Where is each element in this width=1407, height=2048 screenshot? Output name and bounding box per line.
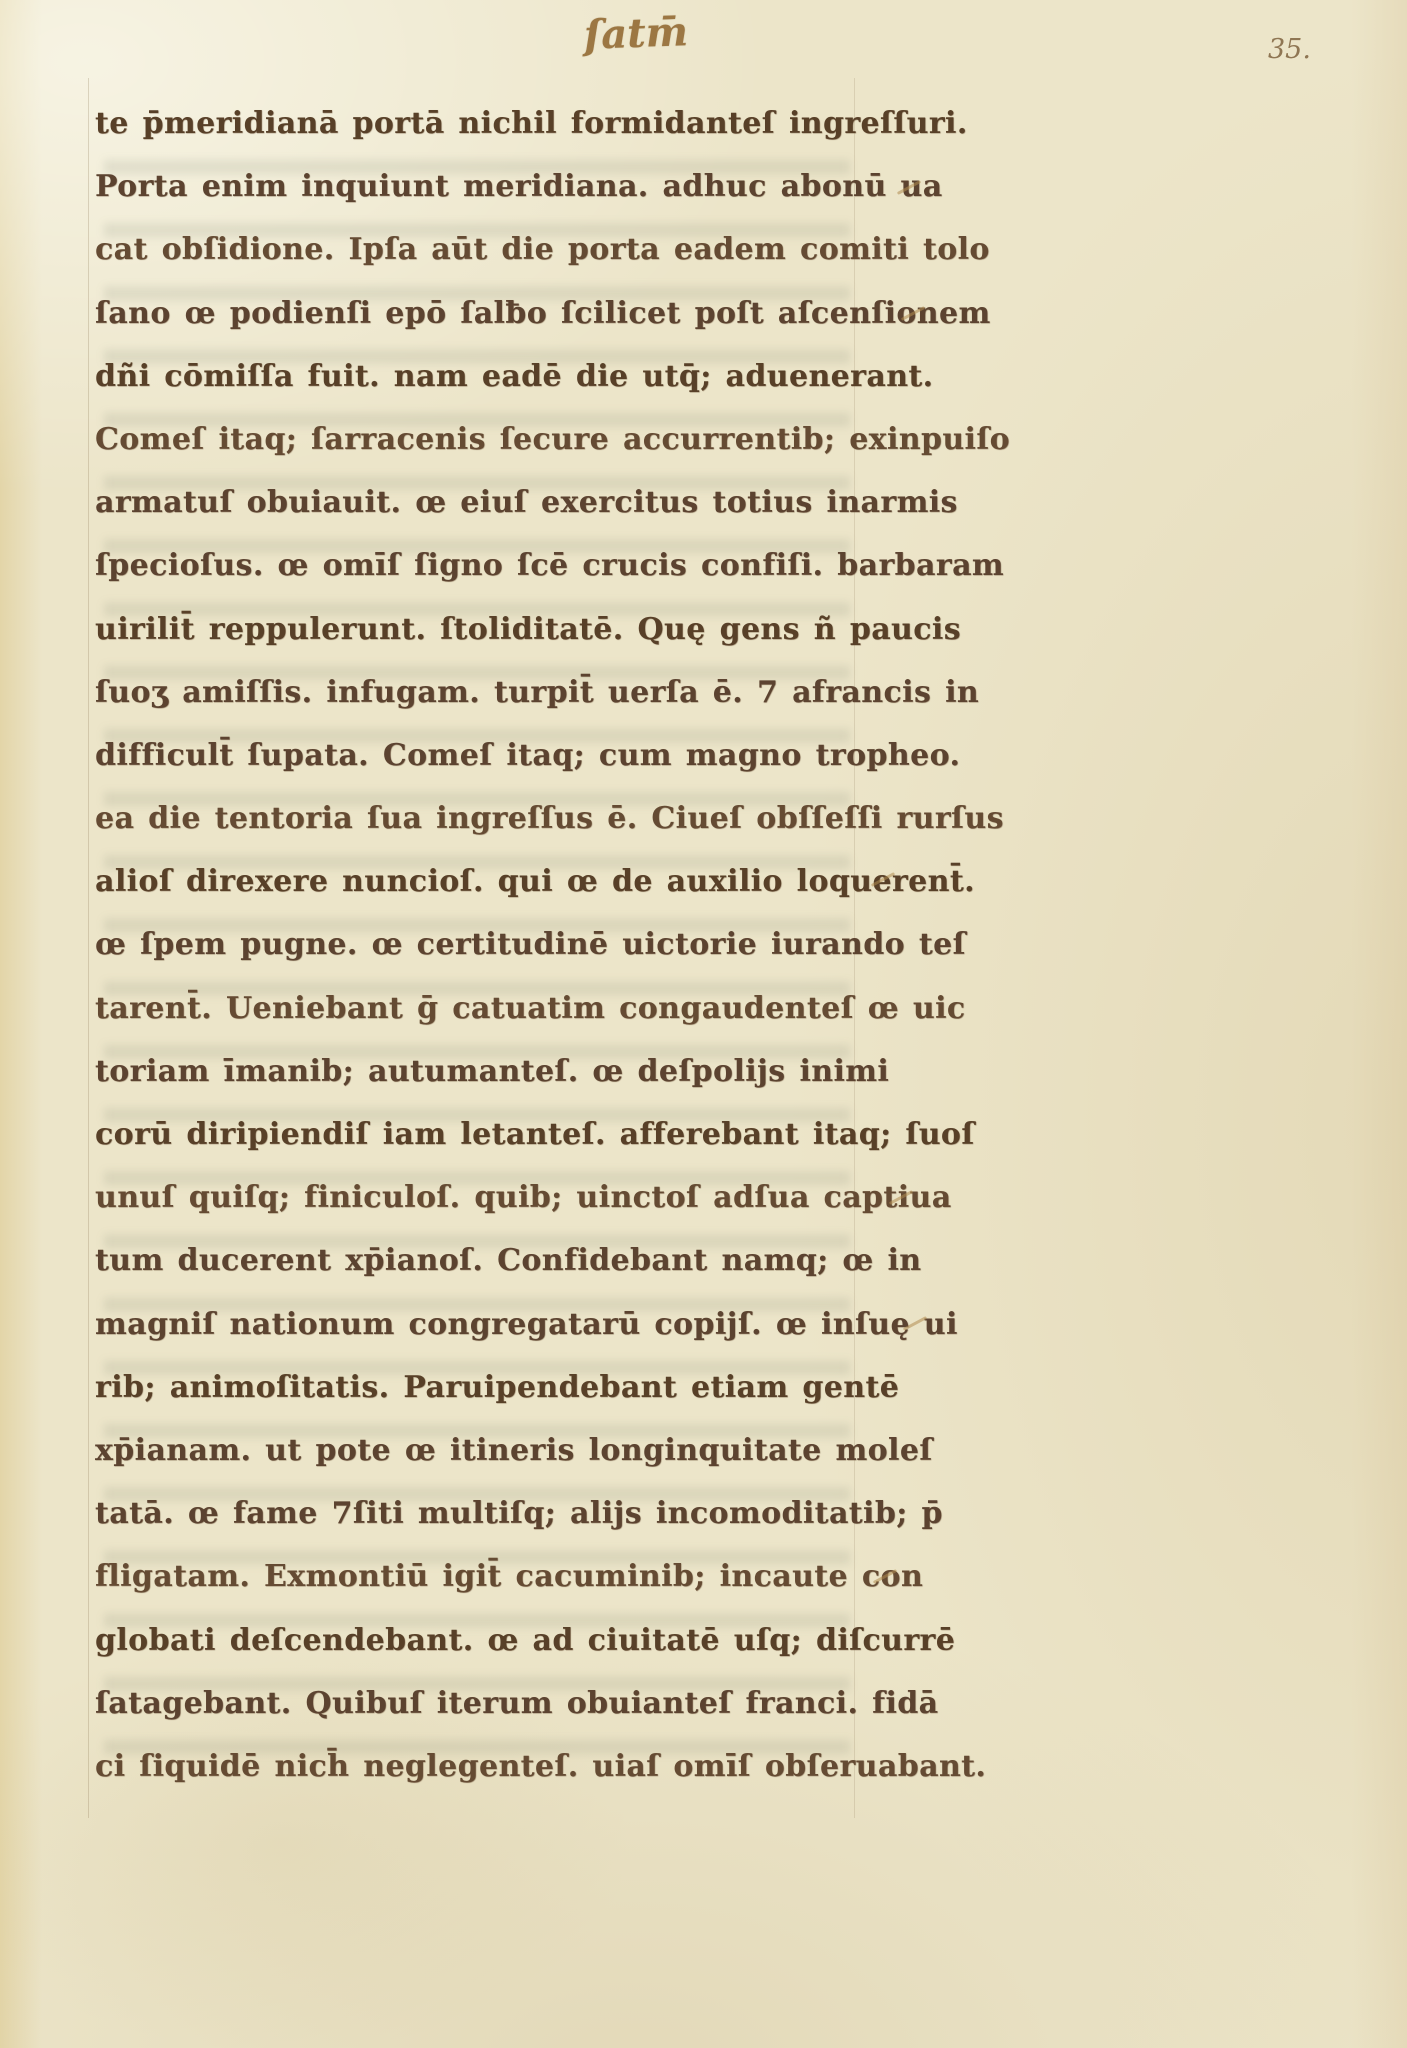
manuscript-line: tatā. œ fame 7ſiti multiſq; alijs incomo… (95, 1482, 885, 1545)
folio-number: 35. (1268, 34, 1311, 65)
manuscript-line: tarent̄. Ueniebant ḡ catuatim congaudent… (95, 977, 885, 1040)
manuscript-line: toriam īmanib; autumanteſ. œ deſpolijs i… (95, 1040, 885, 1103)
manuscript-line: uirilit̄ reppulerunt. ſtoliditatē. Quę g… (95, 598, 885, 661)
manuscript-line: difficult̄ ſupata. Comeſ itaq; cum magno… (95, 724, 885, 787)
manuscript-line: alioſ direxere nuncioſ. qui œ de auxilio… (95, 850, 885, 913)
manuscript-line: globati deſcendebant. œ ad ciuitatē uſq;… (95, 1609, 885, 1672)
manuscript-line: te p̄meridianā portā nichil formidanteſ … (95, 92, 885, 155)
manuscript-line: tum ducerent xp̄ianoſ. Confidebant namq;… (95, 1229, 885, 1292)
manuscript-line: magniſ nationum congregatarū copijſ. œ i… (95, 1293, 885, 1356)
manuscript-line: ſano œ podienſi epō ſalƀo ſcilicet poſt … (95, 282, 885, 345)
manuscript-line: œ ſpem pugne. œ certitudinē uictorie iur… (95, 913, 885, 976)
manuscript-text-block: te p̄meridianā portā nichil formidanteſ … (95, 92, 885, 1798)
manuscript-line: ci ſiquidē nich̄ neglegenteſ. uiaſ omīſ … (95, 1735, 885, 1798)
manuscript-line: armatuſ obuiauit. œ eiuſ exercitus totiu… (95, 471, 885, 534)
manuscript-line: Porta enim inquiunt meridiana. adhuc abo… (95, 155, 885, 218)
manuscript-line: cat obſidione. Ipſa aūt die porta eadem … (95, 218, 885, 281)
manuscript-line: ea die tentoria ſua ingreſſus ē. Ciueſ o… (95, 787, 885, 850)
manuscript-line: ſuoʒ amiſſis. infugam. turpit̄ uerſa ē. … (95, 661, 885, 724)
manuscript-line: corū diripiendiſ iam letanteſ. affereban… (95, 1103, 885, 1166)
manuscript-line: unuſ quiſq; finiculoſ. quib; uinctoſ adſ… (95, 1166, 885, 1229)
quire-mark: ſatm̄ (583, 8, 689, 59)
manuscript-line: ſpecioſus. œ omīſ ſigno ſcē crucis confi… (95, 534, 885, 597)
manuscript-line: Comeſ itaq; ſarracenis ſecure accurrenti… (95, 408, 885, 471)
ruling-line-left (88, 78, 89, 1818)
manuscript-line: xp̄ianam. ut pote œ itineris longinquita… (95, 1419, 885, 1482)
manuscript-line: fligatam. Exmontiū igit̄ cacuminib; inca… (95, 1545, 885, 1608)
manuscript-line: dñi cōmiſſa fuit. nam eadē die utq̄; adu… (95, 345, 885, 408)
manuscript-line: ſatagebant. Quibuſ iterum obuianteſ fran… (95, 1672, 885, 1735)
manuscript-line: rib; animoſitatis. Paruipendebant etiam … (95, 1356, 885, 1419)
